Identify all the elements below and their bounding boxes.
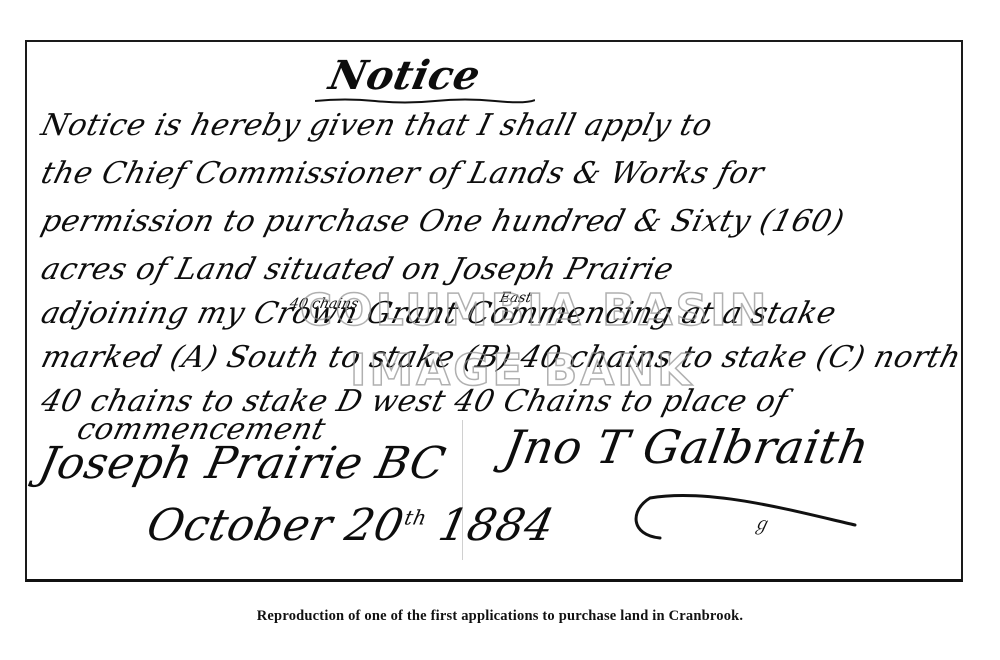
interlinear-note-east: East	[498, 290, 533, 306]
date-ordinal: th	[402, 505, 429, 529]
place-signature: Joseph Prairie BC	[35, 438, 450, 489]
body-line-1: Notice is hereby given that I shall appl…	[38, 108, 717, 143]
title-underline	[315, 98, 535, 104]
image-caption: Reproduction of one of the first applica…	[0, 608, 1000, 625]
body-line-3: permission to purchase One hundred & Six…	[38, 204, 848, 239]
body-line-2: the Chief Commissioner of Lands & Works …	[38, 156, 768, 191]
applicant-signature: Jno T Galbraith	[500, 420, 873, 474]
interlinear-note-40-chains: 40 chains	[288, 296, 360, 312]
signature-flourish	[630, 490, 860, 550]
body-line-5: adjoining my Crown Grant Commencing at a…	[38, 296, 840, 331]
date-signature: October 20th 1884	[143, 500, 559, 551]
notice-title: Notice	[325, 52, 485, 99]
date-day: October 20	[143, 500, 409, 551]
body-line-4: acres of Land situated on Joseph Prairie	[38, 252, 678, 287]
body-line-6: marked (A) South to stake (B) 40 chains …	[38, 340, 965, 375]
date-year: 1884	[434, 500, 559, 551]
signature-mark: ℊ	[752, 510, 771, 536]
